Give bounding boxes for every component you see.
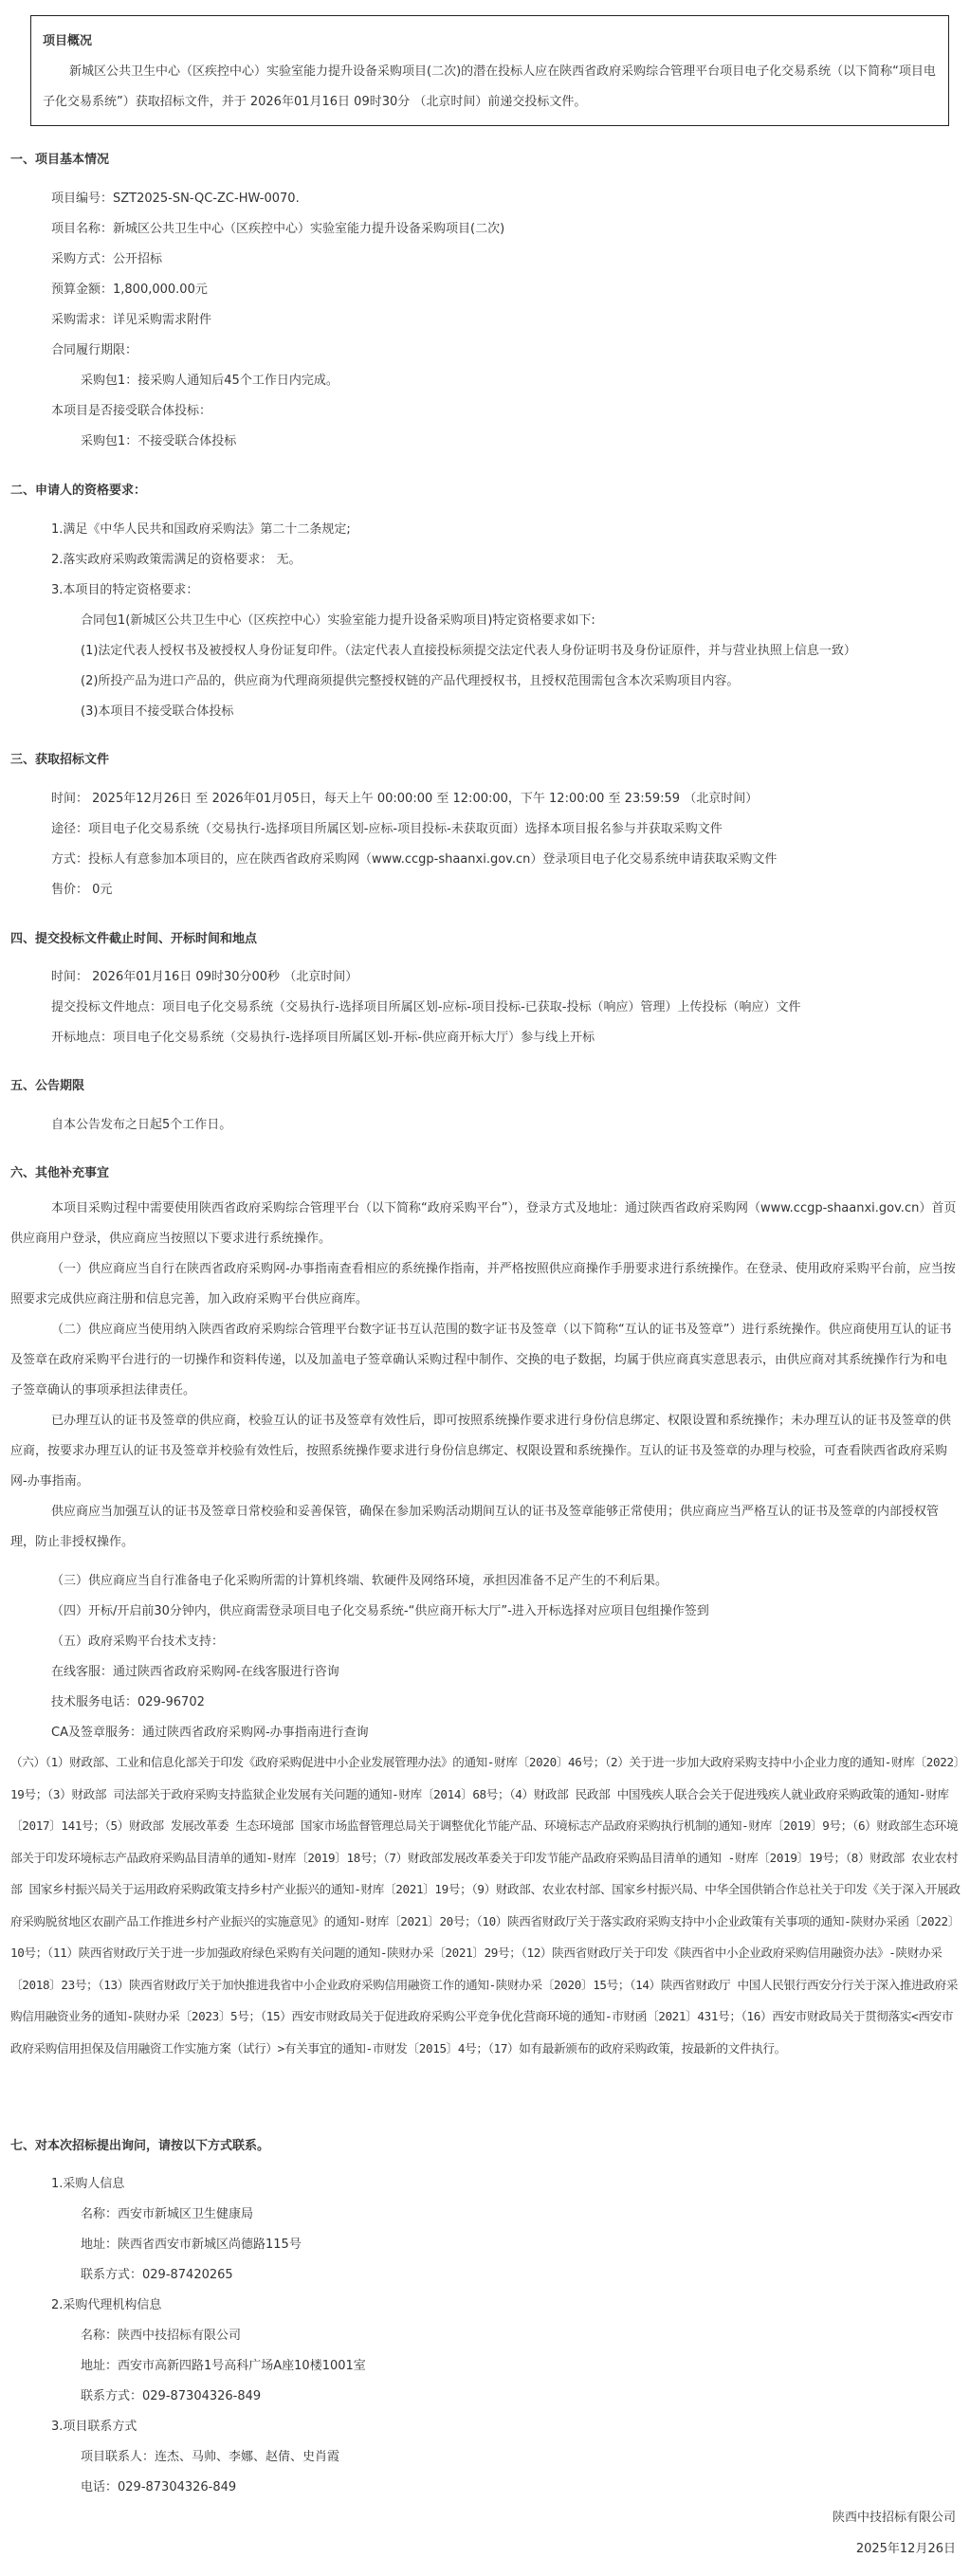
support-phone: 技术服务电话：029-96702 (51, 1694, 205, 1711)
agency-name: 名称：陕西中技招标有限公司 (81, 2328, 241, 2345)
contract-period-label: 合同履行期限： (51, 342, 137, 359)
section4-heading: 四、提交投标文件截止时间、开标时间和地点 (10, 931, 257, 948)
purchaser-address: 地址：陕西省西安市新城区尚德路115号 (81, 2237, 302, 2254)
section3-heading: 三、获取招标文件 (10, 752, 109, 769)
project-number: 项目编号：SZT2025-SN-QC-ZC-HW-0070. (51, 191, 300, 208)
specific-requirements-heading: 合同包1(新城区公共卫生中心（区疾控中心）实验室能力提升设备采购项目)特定资格要… (81, 612, 595, 630)
section1-heading: 一、项目基本情况 (10, 152, 109, 169)
obtain-method: 方式：投标人有意参加本项目的，应在陕西省政府采购网（www.ccgp-shaan… (51, 851, 777, 868)
section7-heading: 七、对本次招标提出询问，请按以下方式联系。 (10, 2138, 269, 2155)
section5-heading: 五、公告期限 (10, 1078, 84, 1095)
supplement-item-2b: 已办理互认的证书及签章的供应商，校验互认的证书及签章有效性后，即可按照系统操作要… (10, 1406, 959, 1497)
supplement-item-5: （五）政府采购平台技术支持： (51, 1634, 224, 1651)
procurement-method: 采购方式：公开招标 (51, 251, 162, 268)
policy-list: （六）（1）财政部、工业和信息化部关于印发《政府采购促进中小企业发展管理办法》的… (10, 1746, 961, 2064)
project-contact-people: 项目联系人：连杰、马帅、李娜、赵倩、史肖霞 (81, 2449, 339, 2466)
announcement-page: 项目概况 新城区公共卫生中心（区疾控中心）实验室能力提升设备采购项目(二次)的潜… (0, 0, 970, 19)
opening-place: 开标地点：项目电子化交易系统（交易执行-选择项目所属区划-开标-供应商开标大厅）… (51, 1030, 595, 1047)
supplement-item-3: （三）供应商应当自行准备电子化采购所需的计算机终端、软硬件及网络环境，承担因准备… (51, 1573, 668, 1590)
deadline-time: 时间： 2026年01月16日 09时30分00秒 （北京时间） (51, 969, 357, 986)
consortium-package: 采购包1：不接受联合体投标 (81, 433, 236, 450)
support-online: 在线客服：通过陕西省政府采购网-在线客服进行咨询 (51, 1664, 339, 1681)
agency-contact: 联系方式：029-87304326-849 (81, 2388, 261, 2405)
platform-intro: 本项目采购过程中需要使用陕西省政府采购综合管理平台（以下简称“政府采购平台”），… (10, 1194, 959, 1254)
procurement-requirement: 采购需求：详见采购需求附件 (51, 312, 211, 329)
purchaser-contact: 联系方式：029-87420265 (81, 2267, 233, 2284)
obtain-time: 时间： 2025年12月26日 至 2026年01月05日，每天上午 00:00… (51, 791, 758, 808)
qualification-item-2: 2.落实政府采购政策需满足的资格要求： 无。 (51, 552, 302, 569)
consortium-label: 本项目是否接受联合体投标： (51, 403, 211, 420)
supplement-item-4: （四）开标/开启前30分钟内，供应商需登录项目电子化交易系统-“供应商开标大厅”… (51, 1603, 709, 1620)
supplement-item-2: （二）供应商应当使用纳入陕西省政府采购综合管理平台数字证书互认范围的数字证书及签… (10, 1315, 959, 1406)
budget-amount: 预算金额：1,800,000.00元 (51, 282, 208, 299)
contract-period-package: 采购包1：接采购人通知后45个工作日内完成。 (81, 373, 339, 390)
supplement-item-1: （一）供应商应当自行在陕西省政府采购网-办事指南查看相应的系统操作指南，并严格按… (10, 1254, 959, 1315)
qualification-item-1: 1.满足《中华人民共和国政府采购法》第二十二条规定; (51, 521, 351, 539)
announcement-period: 自本公告发布之日起5个工作日。 (51, 1117, 231, 1134)
purchaser-name: 名称：西安市新城区卫生健康局 (81, 2206, 253, 2223)
signature-date: 2025年12月26日 (856, 2541, 956, 2558)
overview-box: 项目概况 新城区公共卫生中心（区疾控中心）实验室能力提升设备采购项目(二次)的潜… (30, 15, 949, 126)
specific-requirement-2: (2)所投产品为进口产品的，供应商为代理商须提供完整授权链的产品代理授权书，且授… (81, 673, 739, 690)
agency-title: 2.采购代理机构信息 (51, 2297, 161, 2314)
project-contact-phone: 电话：029-87304326-849 (81, 2479, 236, 2496)
overview-text: 新城区公共卫生中心（区疾控中心）实验室能力提升设备采购项目(二次)的潜在投标人应… (43, 57, 937, 118)
agency-address: 地址：西安市高新四路1号高科广场A座10楼1001室 (81, 2358, 366, 2375)
purchaser-title: 1.采购人信息 (51, 2176, 124, 2193)
submission-place: 提交投标文件地点：项目电子化交易系统（交易执行-选择项目所属区划-应标-项目投标… (51, 999, 800, 1016)
document-price: 售价： 0元 (51, 882, 112, 899)
project-name: 项目名称：新城区公共卫生中心（区疾控中心）实验室能力提升设备采购项目(二次) (51, 221, 504, 238)
section6-heading: 六、其他补充事宜 (10, 1165, 109, 1182)
section2-heading: 二、申请人的资格要求： (10, 483, 146, 500)
signature-company: 陕西中技招标有限公司 (833, 2510, 956, 2527)
project-contact-title: 3.项目联系方式 (51, 2419, 137, 2436)
qualification-item-3: 3.本项目的特定资格要求： (51, 582, 198, 599)
obtain-route: 途径：项目电子化交易系统（交易执行-选择项目所属区划-应标-项目投标-未获取页面… (51, 821, 723, 838)
specific-requirement-3: (3)本项目不接受联合体投标 (81, 703, 233, 721)
overview-title: 项目概况 (43, 32, 937, 51)
support-ca: CA及签章服务：通过陕西省政府采购网-办事指南进行查询 (51, 1725, 369, 1742)
specific-requirement-1: (1)法定代表人授权书及被授权人身份证复印件。（法定代表人直接投标须提交法定代表… (81, 643, 856, 660)
supplement-item-2c: 供应商应当加强互认的证书及签章日常校验和妥善保管，确保在参加采购活动期间互认的证… (10, 1497, 959, 1558)
